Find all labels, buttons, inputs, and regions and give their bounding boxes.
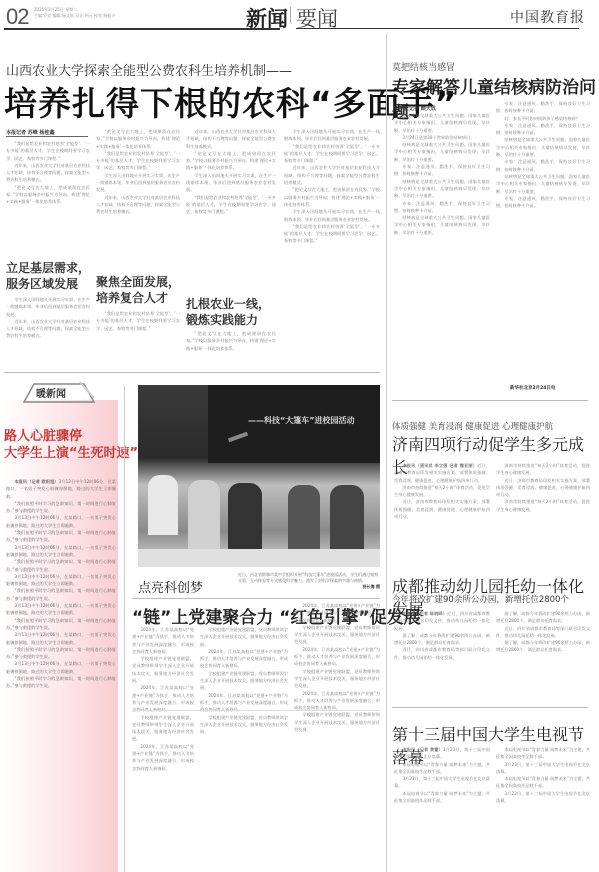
tb-col-2: 专家：注意通风、勤洗手，保持良好卫生习惯，按时接种卡介苗。 问：家长平时如何预防… <box>496 100 590 382</box>
lead-col-2: “把论文写在大地上，把成果留在农民家。”学校以服务乡村振兴为导向，构建‘理论+实… <box>96 128 180 256</box>
photo-blackboard: ——科技“大篷车”进校园活动 <box>208 385 380 463</box>
story2-col-2: 学校组建产业链党建联盟，党员教师带领学生深入企业开展技术攻关，服务地方经济社会发… <box>200 626 288 872</box>
tb-byline: 新华社记者 顾天成 <box>394 105 436 112</box>
jn-kicker: 体质强健 美育浸润 健康促进 心理健康护航 <box>392 420 553 432</box>
person-figure <box>188 480 220 550</box>
staff-line: 主编:乔忠 编辑:杨文轶 设计:四元 校对:杨振兴 <box>34 13 134 19</box>
right-rule-2 <box>392 707 588 708</box>
lead-bottom-rule <box>4 372 380 373</box>
story2-mid-rule <box>132 710 380 711</box>
warm-news-logo-text: 暖新闻 <box>36 385 66 400</box>
warm-news-title: 路人心脏骤停 大学生上演“生死时速” <box>4 428 138 462</box>
lead-col-3b: “把论文写在大地上，把成果留在农民家。”学校以服务乡村振兴为导向，构建‘理论+实… <box>186 330 276 358</box>
person-figure <box>148 475 178 535</box>
right-rule-1 <box>392 400 588 401</box>
tv-col-1: 本报讯（记者 黄蕾）3月23日，第十三届中国大学生电视节在北京落幕。 本届电视节… <box>394 746 490 872</box>
masthead-rule <box>4 28 280 30</box>
tb-col-1: 结核病是全球重大公共卫生问题。国家儿童医学中心相关专家指出，儿童结核病早发现、早… <box>394 112 490 382</box>
masthead: 02 2025年3月25日 星期二 主编:乔忠 编辑:杨文轶 设计:四元 校对:… <box>0 0 599 30</box>
person-figure <box>288 485 320 555</box>
lead-subhead-1: 立足基层需求，服务区域发展 <box>6 260 90 292</box>
issue-meta: 2025年3月25日 星期二 主编:乔忠 编辑:杨文轶 设计:四元 校对:杨振兴 <box>34 7 134 19</box>
lead-col-3: 近年来，山西农业大学针对基层农业科技人才短缺、结构不合理等问题，探索全能型公费农… <box>186 128 276 290</box>
warm-news-divider <box>124 386 125 872</box>
photo-caption-title: 点亮科创梦 <box>138 577 203 596</box>
lead-col-1: “我们是给农业和农村培养‘全能型’、‘一专多能’的基层人才，学生在校期间要学习农… <box>6 140 90 254</box>
warm-news-logo: 暖新闻 <box>20 378 100 404</box>
cd-subhead: 今年将改扩建90余所公办园，新增托位2800个 <box>392 593 569 605</box>
newspaper-logo: 中国教育报 <box>510 7 585 27</box>
cd-col-2: 据了解，成都今年将改扩建90余所公办园，新增托位2800个，满足群众托育需求。 … <box>496 610 590 704</box>
lead-kicker: 山西农业大学探索全能型公费农科生培养机制—— <box>6 60 292 79</box>
jn-col-2: 济南市持续推进“每天2小时”体育活动，促进学生身心健康发展。 近日，济南市教育局… <box>496 462 590 552</box>
telescope-icon <box>228 432 248 443</box>
news-photo[interactable]: ——科技“大篷车”进校园活动 <box>138 385 380 567</box>
person-figure <box>330 485 364 555</box>
section-divider <box>290 7 291 23</box>
page-number: 02 <box>6 4 28 30</box>
person-figure <box>228 483 262 555</box>
photo-caption: 近日，河北省邯郸市某中学组织开展“科技大篷车”进校园活动，学生们通过观察实验、互… <box>238 572 380 590</box>
warm-news-body: 本报讯（记者 欧阳旭）3月13日中午12时06分，在某路口，一名男子突发心脏骤停… <box>6 478 116 872</box>
lead-byline: 本报记者 苏峰 杨桂鑫 <box>6 129 54 136</box>
cd-col-1: 本报讯（记者 陈晓晔）近日，四川省成都市教育局等部门联合印发文件，推动幼儿园托幼… <box>394 610 490 704</box>
story2-col-1: 2024年，江苏某高校以“党建+产业链”为抓手，推动人才培养与产业发展深度融合，… <box>132 626 194 872</box>
tb-kicker: 莫把结核当感冒 <box>392 60 455 73</box>
lead-subhead-3: 扎根农业一线，锻炼实践能力 <box>186 296 276 328</box>
right-column-divider <box>386 34 387 872</box>
photo-bottom-rule <box>132 598 380 599</box>
tv-col-2: 本届电视节以“青春力量 筑梦未来”为主题，共征集全国高校作品数千部。 3月23日… <box>496 746 590 872</box>
jn-col-1: 本报讯（通讯员 李立强 记者 魏亚丽）近日，济南市教育局印发相关实施方案，部署体… <box>394 462 490 552</box>
story2-col-3: 2024年，江苏某高校以“党建+产业链”为抓手，推动人才培养与产业发展深度融合，… <box>294 602 380 872</box>
photo-credit: 杨长海 摄 <box>363 584 380 590</box>
lead-col-1b: 学生深入田间地头开展实习实训，在生产一线锻炼本领，毕业后回到基层服务农业农村发展… <box>6 296 90 356</box>
masthead-rule-right <box>296 28 579 29</box>
lab-table <box>138 549 380 567</box>
lead-col-4: 学生深入田间地头开展实习实训，在生产一线锻炼本领，毕业后回到基层服务农业农村发展… <box>284 128 380 358</box>
lead-headline: 培养扎得下根的农科“多面手” <box>4 78 457 125</box>
byline-rule <box>6 136 88 137</box>
tb-dateline: 新华社北京3月24日电 <box>510 385 555 391</box>
lead-col-2b: “我们是给农业和农村培养‘全能型’、‘一专多能’的基层人才，学生在校期间要学习农… <box>96 310 180 356</box>
lead-subhead-2: 聚焦全面发展，培养复合人才 <box>96 274 180 306</box>
